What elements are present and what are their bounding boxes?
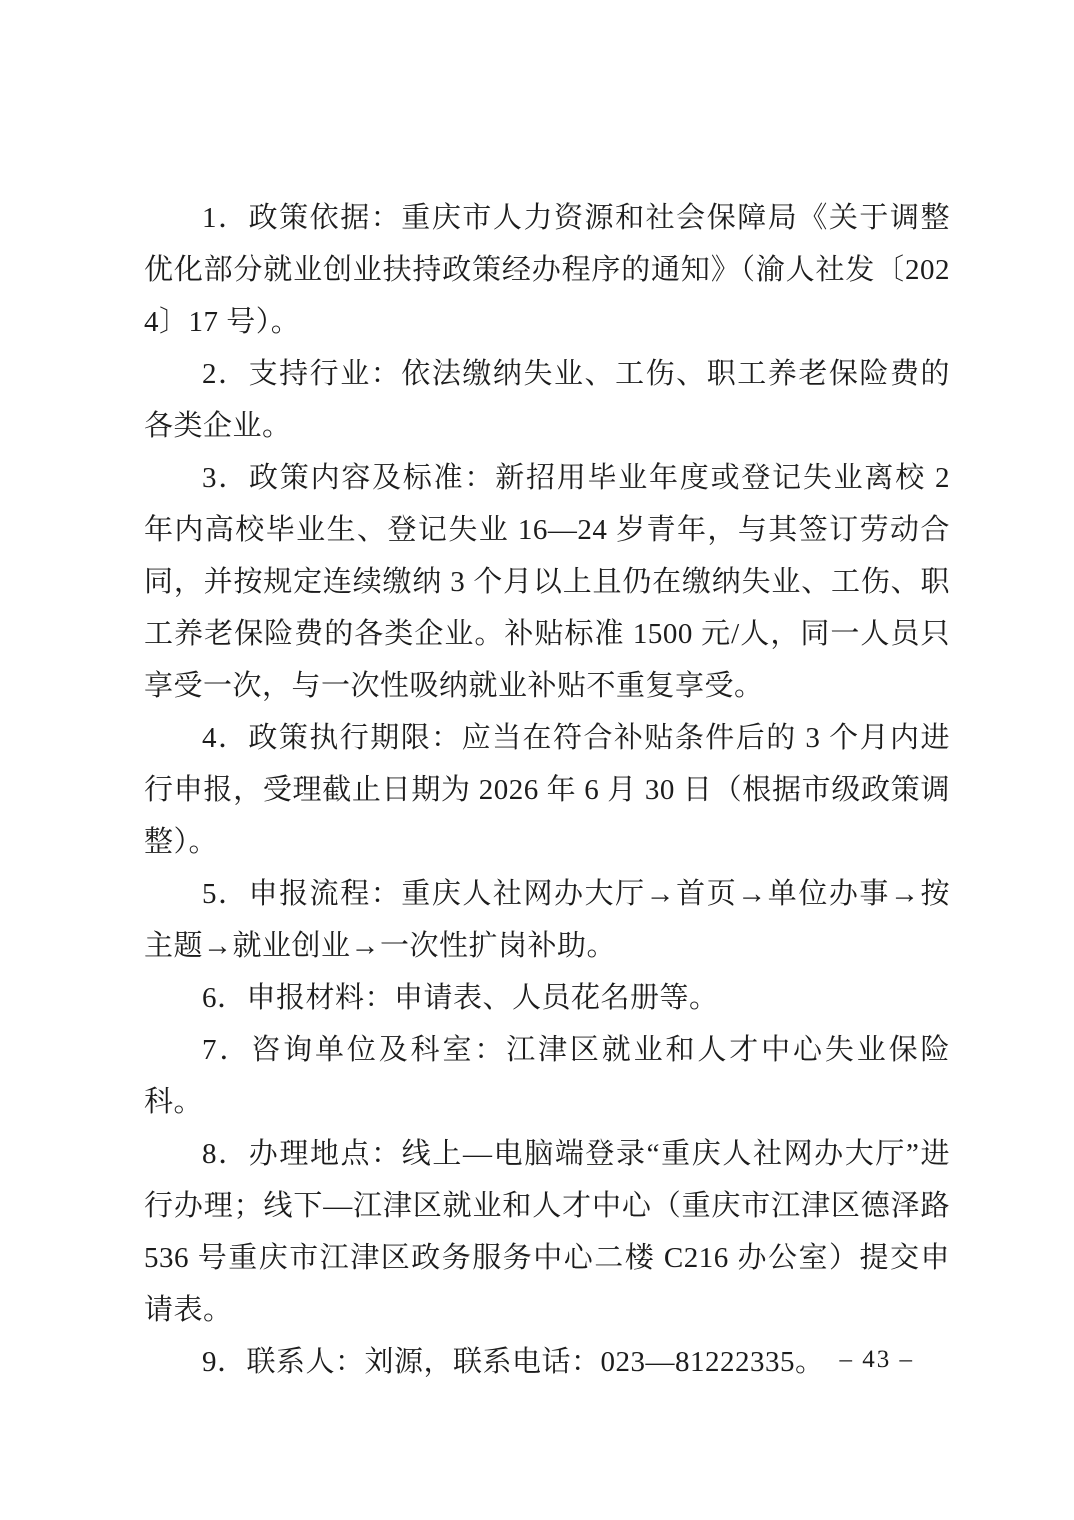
paragraph-policy-period: 4．政策执行期限：应当在符合补贴条件后的 3 个月内进行申报，受理截止日期为 2… (144, 712, 950, 868)
paragraph-handling-location: 8．办理地点：线上—电脑端登录“重庆人社网办大厅”进行办理；线下—江津区就业和人… (144, 1128, 950, 1336)
document-body: 1．政策依据：重庆市人力资源和社会保障局《关于调整优化部分就业创业扶持政策经办程… (144, 192, 950, 1388)
paragraph-consulting-unit: 7．咨询单位及科室：江津区就业和人才中心失业保险科。 (144, 1024, 950, 1128)
paragraph-application-materials: 6．申报材料：申请表、人员花名册等。 (144, 972, 950, 1024)
paragraph-supported-industries: 2．支持行业：依法缴纳失业、工伤、职工养老保险费的各类企业。 (144, 348, 950, 452)
paragraph-policy-content: 3．政策内容及标准：新招用毕业年度或登记失业离校 2 年内高校毕业生、登记失业 … (144, 452, 950, 712)
paragraph-application-process: 5．申报流程：重庆人社网办大厅→首页→单位办事→按主题→就业创业→一次性扩岗补助… (144, 868, 950, 972)
paragraph-contact-person: 9．联系人：刘源，联系电话：023—81222335。 (144, 1336, 950, 1388)
paragraph-policy-basis: 1．政策依据：重庆市人力资源和社会保障局《关于调整优化部分就业创业扶持政策经办程… (144, 192, 950, 348)
document-page: 1．政策依据：重庆市人力资源和社会保障局《关于调整优化部分就业创业扶持政策经办程… (0, 0, 1074, 1520)
page-number: – 43 – (840, 1344, 915, 1376)
